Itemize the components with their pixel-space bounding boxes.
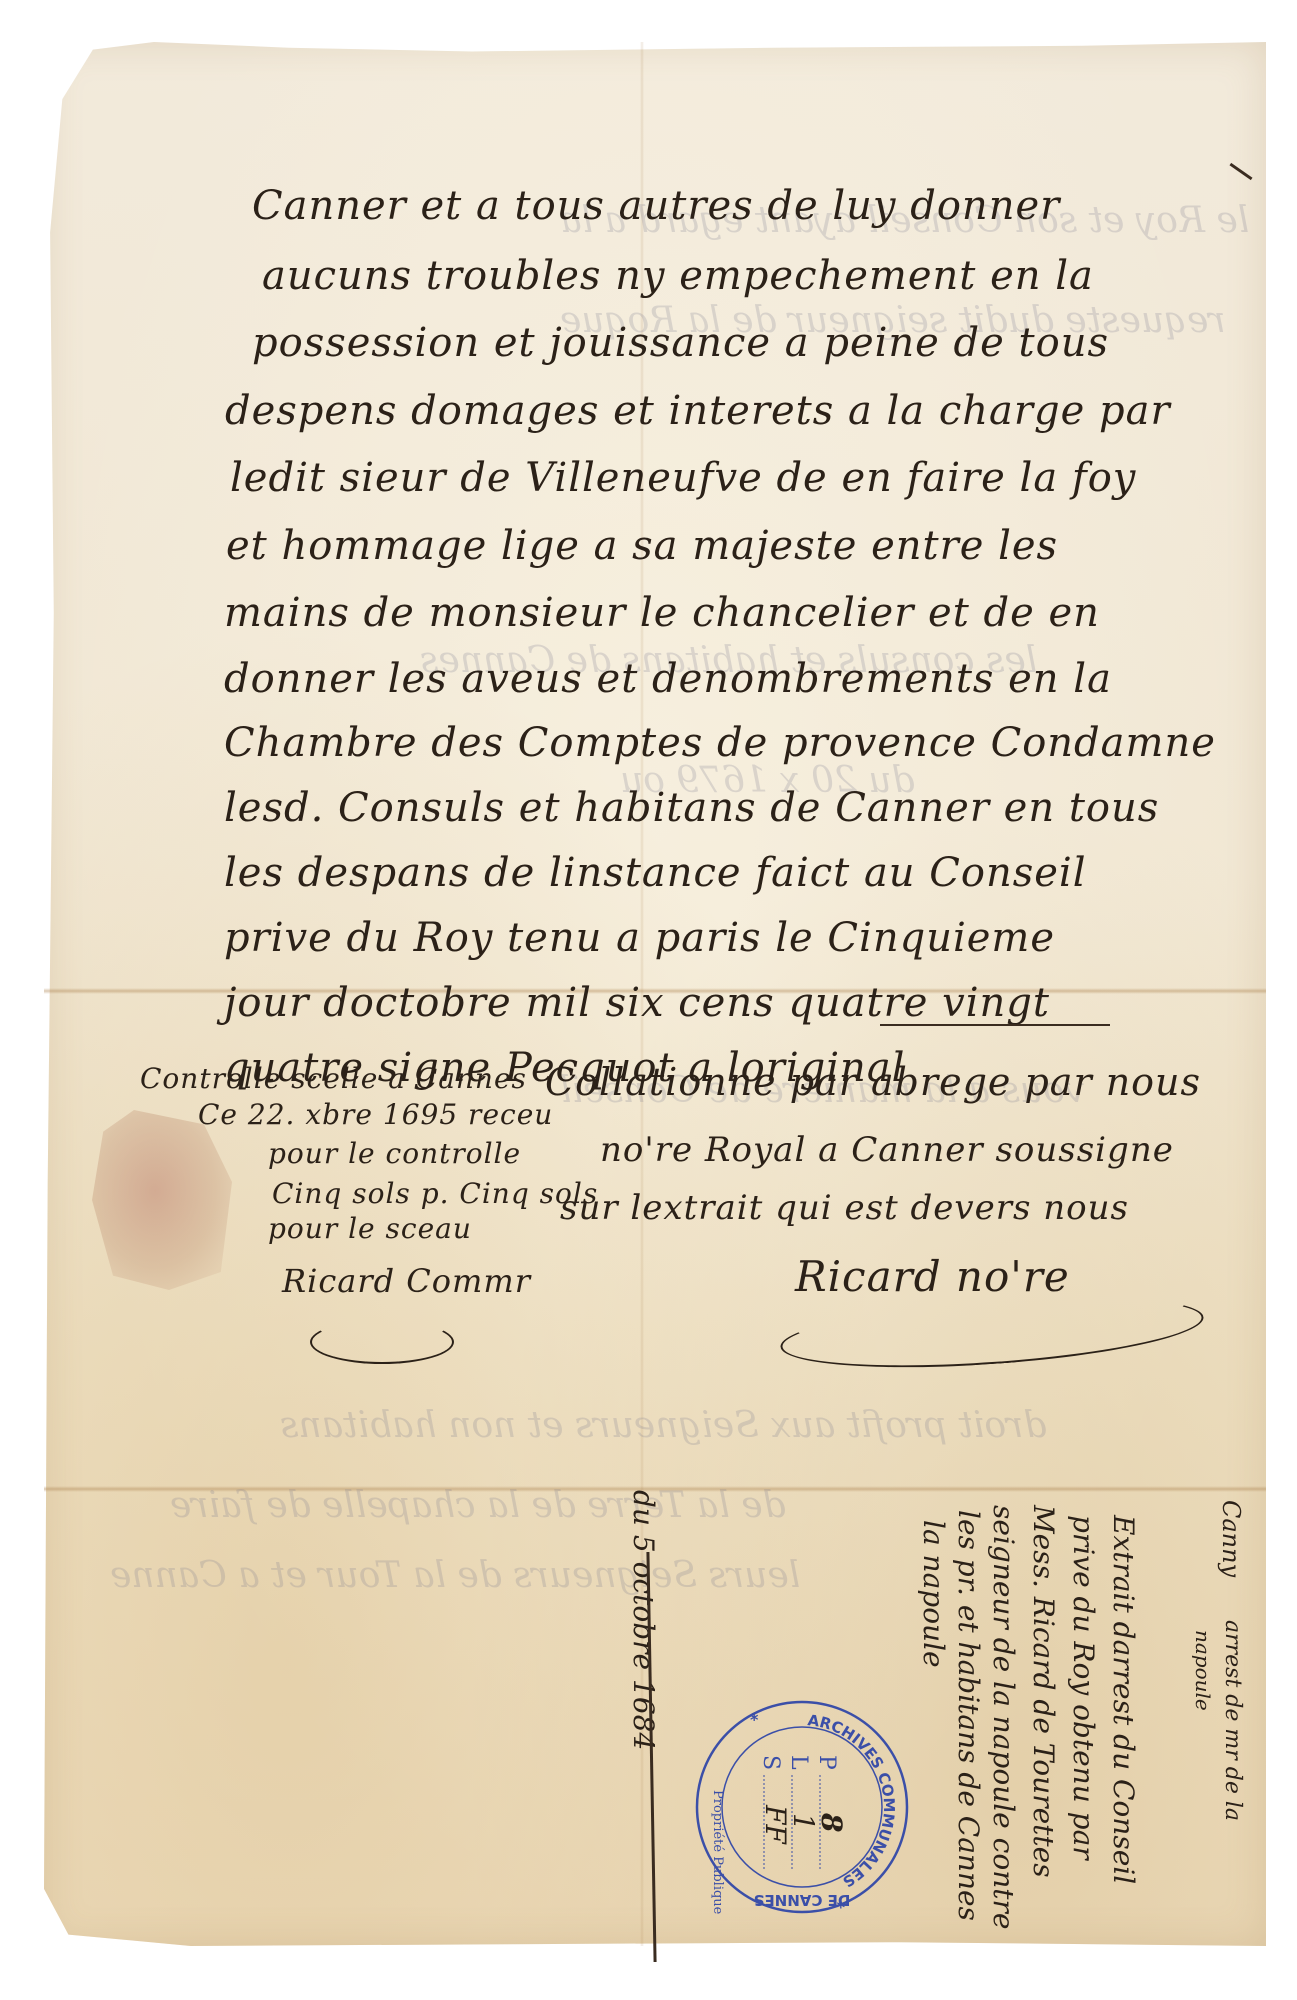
- text-line: et hommage lige a sa majeste entre les: [226, 523, 1058, 569]
- text-line: prive du Roy tenu a paris le Cinquieme: [224, 915, 1055, 961]
- endorsement-corner: napoule: [1191, 1630, 1215, 1711]
- collation-line: no're Royal a Canner soussigne: [600, 1130, 1174, 1170]
- notary-signature: Ricard no're: [795, 1252, 1070, 1301]
- margin-line: Controlle scelle a Cannes: [140, 1062, 527, 1095]
- collation-line: sur lextrait qui est devers nous: [560, 1188, 1129, 1228]
- stamp-inner-arc-text: Propriété Publique: [710, 1790, 725, 1915]
- date-note: du 5 octobre 1684: [627, 1490, 660, 1750]
- text-line: possession et jouissance a peine de tous: [252, 320, 1109, 366]
- collation-line: Collationne par abrege par nous: [545, 1060, 1201, 1104]
- line-filler-stroke: [880, 1024, 1110, 1026]
- stamp-field-value-p: 8: [815, 1812, 848, 1832]
- bleed-line: droit profit aux Seigneurs et non habita…: [280, 1405, 1046, 1446]
- stamp-outer-bottom-text: DE CANNES: [754, 1891, 851, 1909]
- endorsement-line: la napoule: [917, 1520, 950, 1668]
- stamp-field-label-l: L: [786, 1755, 811, 1770]
- bleed-line: de la Terre de la chapelle de faire: [170, 1485, 786, 1526]
- margin-line: Cinq sols p. Cinq sols: [272, 1177, 598, 1210]
- endorsement-line: prive du Roy obtenu par: [1067, 1515, 1100, 1860]
- bleed-line: leurs Seigneurs de la Tour et a Canne: [110, 1555, 800, 1596]
- text-line: Canner et a tous autres de luy donner: [252, 183, 1060, 229]
- archive-stamp: ARCHIVES COMMUNALES DE CANNES * * Propri…: [690, 1695, 915, 1920]
- endorsement-line: Mess. Ricard de Tourettes: [1027, 1505, 1060, 1878]
- stamp-field-label-s: S: [758, 1755, 783, 1770]
- text-line: jour doctobre mil six cens quatre vingt: [224, 980, 1050, 1026]
- text-line: donner les aveus et denombrements en la: [224, 656, 1112, 702]
- text-line: despens domages et interets a la charge …: [225, 388, 1171, 434]
- text-line: ledit sieur de Villeneufve de en faire l…: [230, 455, 1136, 501]
- text-line: Chambre des Comptes de provence Condamne: [224, 720, 1216, 766]
- margin-line: pour le sceau: [268, 1212, 472, 1245]
- margin-line: pour le controlle: [268, 1137, 521, 1170]
- svg-text:*: *: [836, 1893, 845, 1912]
- endorsement-line: les pr. et habitans de Cannes: [952, 1510, 985, 1921]
- endorsement-corner: Canny: [1217, 1500, 1245, 1577]
- endorsement-corner: arrest de mr de la: [1220, 1620, 1245, 1821]
- commissioner-signature: Ricard Commr: [282, 1262, 531, 1300]
- signature-flourish: [310, 1320, 454, 1364]
- text-line: lesd. Consuls et habitans de Canner en t…: [224, 785, 1159, 831]
- endorsement-line: seigneur de la napoule contre: [987, 1505, 1020, 1929]
- text-line: les despans de linstance faict au Consei…: [224, 850, 1087, 896]
- endorsement-line: Extrait darrest du Conseil: [1107, 1515, 1140, 1884]
- stamp-graphic: ARCHIVES COMMUNALES DE CANNES * * Propri…: [690, 1695, 915, 1920]
- margin-line: Ce 22. xbre 1695 receu: [198, 1098, 553, 1131]
- text-line: mains de monsieur le chancelier et de en: [224, 590, 1100, 636]
- svg-text:*: *: [750, 1710, 759, 1729]
- stamp-field-label-p: P: [814, 1755, 839, 1770]
- text-line: aucuns troubles ny empechement en la: [262, 253, 1094, 299]
